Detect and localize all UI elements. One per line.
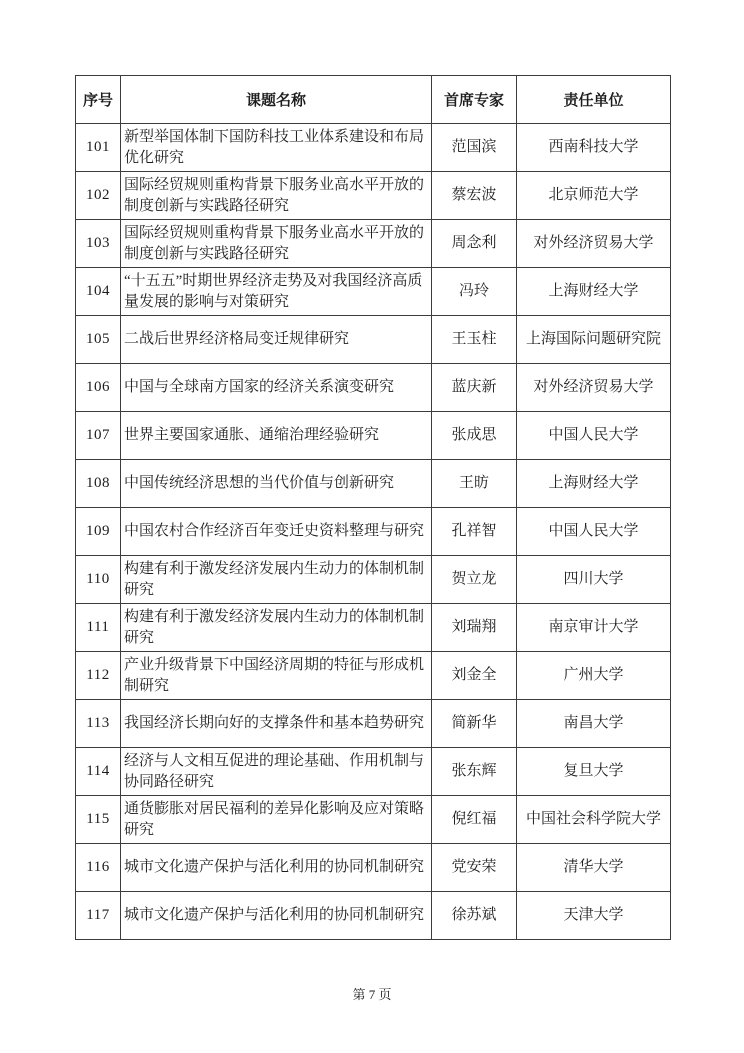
table-row: 117 城市文化遗产保护与活化利用的协同机制研究 徐苏斌 天津大学 <box>76 892 671 940</box>
table-row: 105 二战后世界经济格局变迁规律研究 王玉柱 上海国际问题研究院 <box>76 316 671 364</box>
row-responsible-unit: 天津大学 <box>517 892 671 940</box>
row-serial-number: 110 <box>76 556 121 604</box>
row-responsible-unit: 广州大学 <box>517 652 671 700</box>
col-header-chief-expert: 首席专家 <box>432 76 517 124</box>
table-row: 116 城市文化遗产保护与活化利用的协同机制研究 党安荣 清华大学 <box>76 844 671 892</box>
row-serial-number: 113 <box>76 700 121 748</box>
table-row: 111 构建有利于激发经济发展内生动力的体制机制研究 刘瑞翔 南京审计大学 <box>76 604 671 652</box>
row-chief-expert: 冯玲 <box>432 268 517 316</box>
row-topic-name: 构建有利于激发经济发展内生动力的体制机制研究 <box>121 604 432 652</box>
research-topics-table: 序号 课题名称 首席专家 责任单位 101 新型举国体制下国防科技工业体系建设和… <box>75 75 671 940</box>
row-topic-name: 我国经济长期向好的支撑条件和基本趋势研究 <box>121 700 432 748</box>
table-row: 104 “十五五”时期世界经济走势及对我国经济高质量发展的影响与对策研究 冯玲 … <box>76 268 671 316</box>
row-serial-number: 105 <box>76 316 121 364</box>
row-chief-expert: 简新华 <box>432 700 517 748</box>
row-chief-expert: 周念利 <box>432 220 517 268</box>
row-responsible-unit: 上海国际问题研究院 <box>517 316 671 364</box>
table-row: 102 国际经贸规则重构背景下服务业高水平开放的制度创新与实践路径研究 蔡宏波 … <box>76 172 671 220</box>
table-row: 108 中国传统经济思想的当代价值与创新研究 王昉 上海财经大学 <box>76 460 671 508</box>
row-topic-name: 世界主要国家通胀、通缩治理经验研究 <box>121 412 432 460</box>
table-row: 112 产业升级背景下中国经济周期的特征与形成机制研究 刘金全 广州大学 <box>76 652 671 700</box>
row-chief-expert: 刘瑞翔 <box>432 604 517 652</box>
row-serial-number: 115 <box>76 796 121 844</box>
row-topic-name: 国际经贸规则重构背景下服务业高水平开放的制度创新与实践路径研究 <box>121 220 432 268</box>
row-topic-name: 二战后世界经济格局变迁规律研究 <box>121 316 432 364</box>
row-responsible-unit: 四川大学 <box>517 556 671 604</box>
row-chief-expert: 张成思 <box>432 412 517 460</box>
row-topic-name: 经济与人文相互促进的理论基础、作用机制与协同路径研究 <box>121 748 432 796</box>
row-responsible-unit: 对外经济贸易大学 <box>517 220 671 268</box>
row-chief-expert: 刘金全 <box>432 652 517 700</box>
row-chief-expert: 蔡宏波 <box>432 172 517 220</box>
row-topic-name: “十五五”时期世界经济走势及对我国经济高质量发展的影响与对策研究 <box>121 268 432 316</box>
row-responsible-unit: 中国人民大学 <box>517 508 671 556</box>
table-row: 114 经济与人文相互促进的理论基础、作用机制与协同路径研究 张东辉 复旦大学 <box>76 748 671 796</box>
row-topic-name: 通货膨胀对居民福利的差异化影响及应对策略研究 <box>121 796 432 844</box>
table-row: 106 中国与全球南方国家的经济关系演变研究 蓝庆新 对外经济贸易大学 <box>76 364 671 412</box>
row-serial-number: 108 <box>76 460 121 508</box>
table-row: 107 世界主要国家通胀、通缩治理经验研究 张成思 中国人民大学 <box>76 412 671 460</box>
table-row: 113 我国经济长期向好的支撑条件和基本趋势研究 简新华 南昌大学 <box>76 700 671 748</box>
table-row: 101 新型举国体制下国防科技工业体系建设和布局优化研究 范国滨 西南科技大学 <box>76 124 671 172</box>
row-serial-number: 107 <box>76 412 121 460</box>
row-topic-name: 新型举国体制下国防科技工业体系建设和布局优化研究 <box>121 124 432 172</box>
row-serial-number: 116 <box>76 844 121 892</box>
row-serial-number: 106 <box>76 364 121 412</box>
row-responsible-unit: 对外经济贸易大学 <box>517 364 671 412</box>
row-responsible-unit: 中国社会科学院大学 <box>517 796 671 844</box>
page-number: 第 7 页 <box>0 984 744 1003</box>
row-topic-name: 中国与全球南方国家的经济关系演变研究 <box>121 364 432 412</box>
row-serial-number: 114 <box>76 748 121 796</box>
row-serial-number: 103 <box>76 220 121 268</box>
row-topic-name: 国际经贸规则重构背景下服务业高水平开放的制度创新与实践路径研究 <box>121 172 432 220</box>
row-responsible-unit: 西南科技大学 <box>517 124 671 172</box>
row-serial-number: 102 <box>76 172 121 220</box>
row-chief-expert: 倪红福 <box>432 796 517 844</box>
row-serial-number: 109 <box>76 508 121 556</box>
row-topic-name: 城市文化遗产保护与活化利用的协同机制研究 <box>121 844 432 892</box>
row-topic-name: 城市文化遗产保护与活化利用的协同机制研究 <box>121 892 432 940</box>
col-header-responsible-unit: 责任单位 <box>517 76 671 124</box>
row-topic-name: 产业升级背景下中国经济周期的特征与形成机制研究 <box>121 652 432 700</box>
document-page: 序号 课题名称 首席专家 责任单位 101 新型举国体制下国防科技工业体系建设和… <box>0 0 744 1053</box>
row-responsible-unit: 中国人民大学 <box>517 412 671 460</box>
table-header-row: 序号 课题名称 首席专家 责任单位 <box>76 76 671 124</box>
row-topic-name: 中国农村合作经济百年变迁史资料整理与研究 <box>121 508 432 556</box>
row-serial-number: 101 <box>76 124 121 172</box>
row-chief-expert: 王玉柱 <box>432 316 517 364</box>
row-serial-number: 112 <box>76 652 121 700</box>
col-header-topic-name: 课题名称 <box>121 76 432 124</box>
row-chief-expert: 贺立龙 <box>432 556 517 604</box>
col-header-serial-number: 序号 <box>76 76 121 124</box>
row-chief-expert: 孔祥智 <box>432 508 517 556</box>
table-row: 103 国际经贸规则重构背景下服务业高水平开放的制度创新与实践路径研究 周念利 … <box>76 220 671 268</box>
row-serial-number: 104 <box>76 268 121 316</box>
table-row: 115 通货膨胀对居民福利的差异化影响及应对策略研究 倪红福 中国社会科学院大学 <box>76 796 671 844</box>
row-chief-expert: 范国滨 <box>432 124 517 172</box>
row-responsible-unit: 上海财经大学 <box>517 460 671 508</box>
row-serial-number: 111 <box>76 604 121 652</box>
row-responsible-unit: 南京审计大学 <box>517 604 671 652</box>
row-topic-name: 构建有利于激发经济发展内生动力的体制机制研究 <box>121 556 432 604</box>
row-serial-number: 117 <box>76 892 121 940</box>
row-chief-expert: 蓝庆新 <box>432 364 517 412</box>
row-chief-expert: 党安荣 <box>432 844 517 892</box>
row-topic-name: 中国传统经济思想的当代价值与创新研究 <box>121 460 432 508</box>
row-responsible-unit: 复旦大学 <box>517 748 671 796</box>
row-responsible-unit: 上海财经大学 <box>517 268 671 316</box>
row-responsible-unit: 北京师范大学 <box>517 172 671 220</box>
row-responsible-unit: 清华大学 <box>517 844 671 892</box>
row-chief-expert: 王昉 <box>432 460 517 508</box>
row-responsible-unit: 南昌大学 <box>517 700 671 748</box>
table-row: 110 构建有利于激发经济发展内生动力的体制机制研究 贺立龙 四川大学 <box>76 556 671 604</box>
row-chief-expert: 徐苏斌 <box>432 892 517 940</box>
row-chief-expert: 张东辉 <box>432 748 517 796</box>
table-row: 109 中国农村合作经济百年变迁史资料整理与研究 孔祥智 中国人民大学 <box>76 508 671 556</box>
